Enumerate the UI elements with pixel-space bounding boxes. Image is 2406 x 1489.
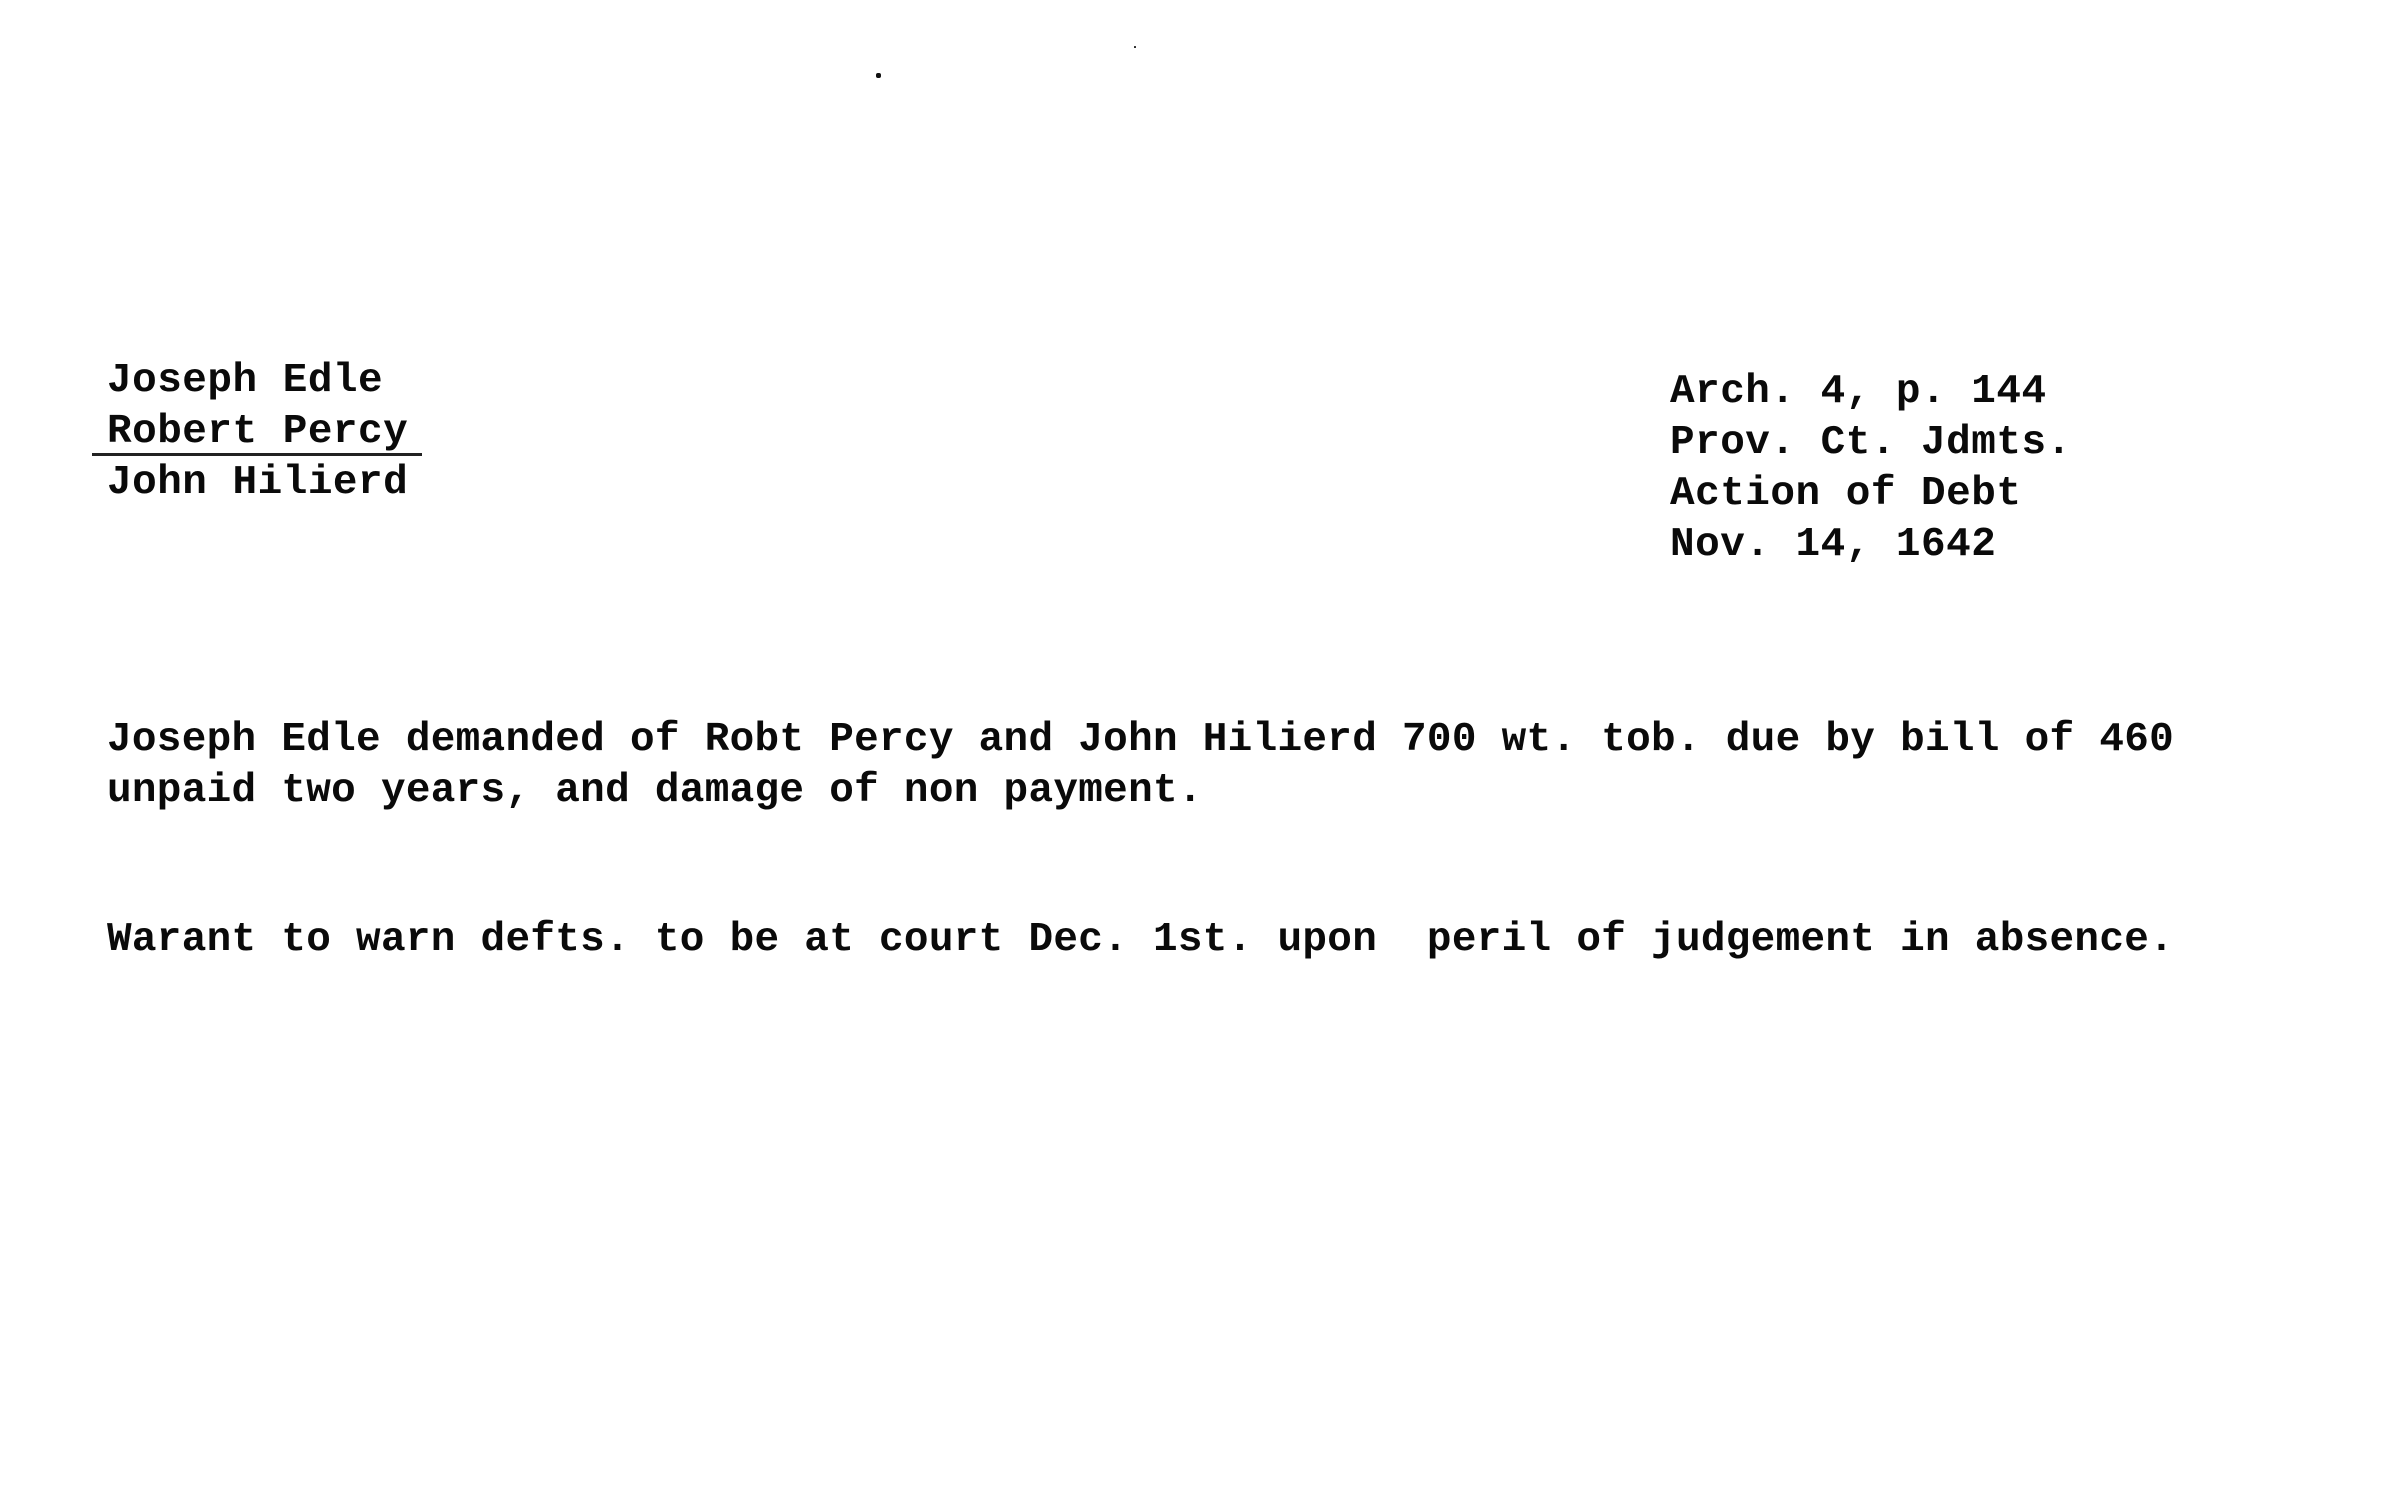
action-type: Action of Debt [1670,469,2072,520]
case-description: Joseph Edle demanded of Robt Percy and J… [107,715,2174,817]
archive-reference: Arch. 4, p. 144 [1670,367,2072,418]
warrant-line: Warant to warn defts. to be at court Dec… [107,917,2174,963]
ink-speck [1134,46,1136,48]
description-line: Joseph Edle demanded of Robt Percy and J… [107,717,2174,763]
defendant-name: John Hilierd [107,458,408,509]
court-source: Prov. Ct. Jdmts. [1670,418,2072,469]
plaintiff-name: Joseph Edle [107,356,408,407]
ink-speck [876,73,881,78]
warrant-note: Warant to warn defts. to be at court Dec… [107,915,2174,966]
archive-citation: Arch. 4, p. 144 Prov. Ct. Jdmts. Action … [1670,367,2072,571]
index-card: Joseph Edle Robert Percy John Hilierd Ar… [0,0,2406,1489]
case-parties: Joseph Edle Robert Percy John Hilierd [107,356,408,509]
versus-divider-line [92,453,422,456]
case-date: Nov. 14, 1642 [1670,520,2072,571]
defendant-name: Robert Percy [107,407,408,458]
description-line: unpaid two years, and damage of non paym… [107,768,1203,814]
